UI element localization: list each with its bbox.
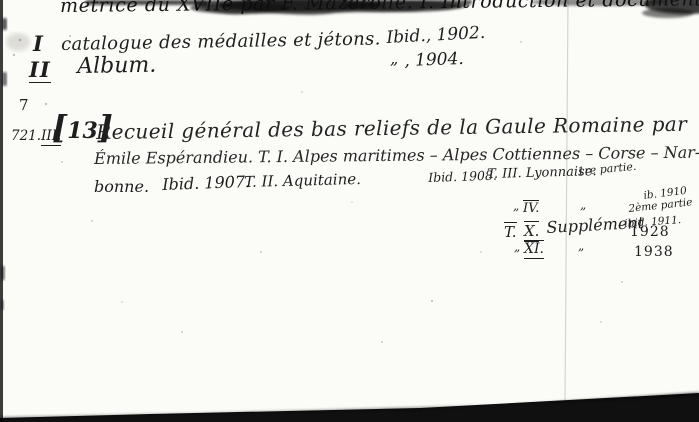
- fold-line: [565, 0, 568, 404]
- tome-I-title: catalogue des médailles et jétons.: [61, 29, 381, 54]
- tome-XI-ditto-right: „: [578, 240, 584, 253]
- item-number: 13: [67, 118, 98, 144]
- tome-numeral-I: I: [33, 32, 44, 55]
- tome-I-reference: Ibid., 1902.: [386, 24, 486, 48]
- entry-line3-ref-1907: Ibid. 1907.: [162, 173, 250, 194]
- tome-numeral-II: II: [29, 58, 51, 83]
- scanned-catalog-card: métrice du XVIIe par F. Mazerolle. I. In…: [0, 0, 699, 422]
- tome-II-title: Album.: [77, 54, 156, 80]
- tome-IV-ditto-left: „: [513, 200, 519, 213]
- tome-X-t-label: T.: [504, 222, 517, 241]
- shelfmark-number: 721.: [11, 128, 41, 144]
- tome-XI-year: 1938: [634, 245, 674, 260]
- left-scan-edge: [0, 0, 7, 422]
- bottom-scan-wedge: [0, 392, 699, 422]
- entry-title-line: Recueil général des bas reliefs de la Ga…: [96, 113, 687, 143]
- handwritten-continuation-line: métrice du XVIIe par F. Mazerolle. I. In…: [60, 0, 699, 17]
- paper-stain: [6, 33, 30, 51]
- tome-IV-ditto-right: „: [580, 199, 586, 212]
- entry-line3-tome2-aquitaine: T. II. Aquitaine.: [244, 171, 361, 191]
- entry-line3-word: bonne.: [94, 178, 149, 196]
- tome-XI-ditto-left: „: [514, 241, 520, 254]
- entry-line3-part1: 1re partie.: [577, 161, 637, 178]
- page-number: 7: [19, 97, 29, 114]
- tome-X-numeral: X.: [524, 221, 539, 242]
- tome-X-year: 1928: [630, 225, 670, 240]
- tome-II-reference: , 1904.: [404, 50, 464, 71]
- tome-IV-numeral: IV.: [523, 200, 539, 216]
- left-bracket: [: [52, 108, 67, 146]
- tome-XI-numeral: XI.: [524, 240, 544, 259]
- tome-II-ditto-mark: „: [390, 50, 398, 68]
